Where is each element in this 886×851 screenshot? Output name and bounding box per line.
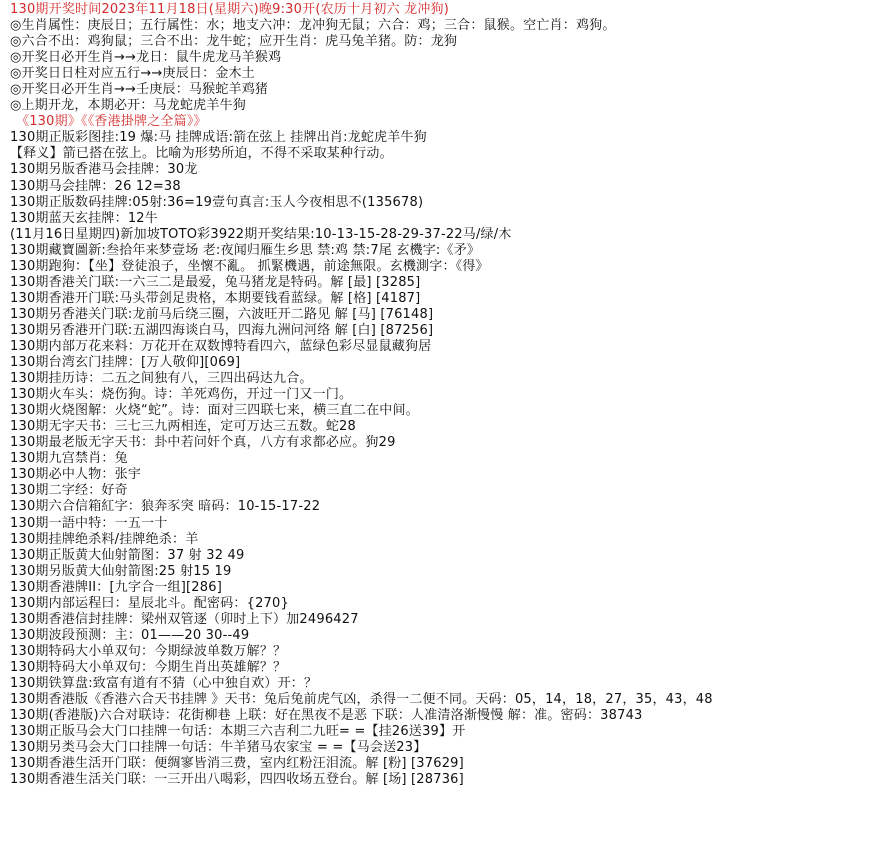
entry-line: 130期六合信箱紅字：狼奔豕突 暗码：10-15-17-22 xyxy=(10,499,886,515)
entry-line: 130期香港版《香港六合天书挂牌 》天书：兔后兔前虎气凶，杀得一二便不同。天码：… xyxy=(10,692,886,708)
section-title: 《130期》《《香港掛牌之全篇》》 xyxy=(10,114,886,130)
entry-line: 130期香港开门联:马头带剑足贵格，本期要钱看蓝绿。解 [格] [4187] xyxy=(10,291,886,307)
entry-line: 130期正版黄大仙射箭图：37 射 32 49 xyxy=(10,548,886,564)
entry-line: 130期马会挂牌：26 12=38 xyxy=(10,179,886,195)
entry-line: 130期(香港版)六合对联诗：花街柳巷 上联：好在黑夜不是恶 下联：人准清洛渐慢… xyxy=(10,708,886,724)
entry-line: 130期另版香港马会挂牌：30龙 xyxy=(10,162,886,178)
entry-line: 130期无字天书：三七三九两相连，定可万达三五数。蛇28 xyxy=(10,419,886,435)
entry-line: 130期香港关门联:一六三二是最爱，兔马猪龙是特码。解 [最] [3285] xyxy=(10,275,886,291)
entry-line: 130期台湾玄门挂牌：[万人敬仰][069] xyxy=(10,355,886,371)
entry-line: 130期香港牌II：[九字合一组][286] xyxy=(10,580,886,596)
attribute-line-zodiac: ◎生肖属性：庚辰日；五行属性：水；地支六冲：龙冲狗无鼠；六合：鸡；三合：鼠猴。空… xyxy=(10,18,886,34)
attribute-line-five-elements: ◎开奖日日柱对应五行→→庚辰日：金木土 xyxy=(10,66,886,82)
attribute-line-must-open: ◎开奖日必开生肖→→龙日：鼠牛虎龙马羊猴鸡 xyxy=(10,50,886,66)
entry-line: 130期必中人物：张宇 xyxy=(10,467,886,483)
entry-line: 130期特码大小单双句：今期绿波单数万解？？ xyxy=(10,644,886,660)
document: 130期开奖时间2023年11月18日(星期六)晚9:30开(农历十月初六 龙冲… xyxy=(0,0,886,788)
entry-line: 130期火车头：烧伤狗。诗：羊死鸡伤，开过一门又一门。 xyxy=(10,387,886,403)
entry-line: 130期蓝天玄挂牌：12牛 xyxy=(10,211,886,227)
entry-line: 【释义】箭已搭在弦上。比喻为形势所迫，不得不采取某种行动。 xyxy=(10,146,886,162)
entry-line: 130期一語中特：一五一十 xyxy=(10,516,886,532)
entry-line: 130期藏寶圖新:叁拾年来梦壹场 老:夜闻归雁生乡思 禁:鸡 禁:7尾 玄機字:… xyxy=(10,243,886,259)
attribute-line-must-open-2: ◎开奖日必开生肖→→壬庚辰：马猴蛇羊鸡猪 xyxy=(10,82,886,98)
attribute-line-last-draw: ◎上期开龙，本期必开：马龙蛇虎羊牛狗 xyxy=(10,98,886,114)
attribute-line-exclusions: ◎六合不出：鸡狗鼠；三合不出：龙牛蛇；应开生肖：虎马兔羊猪。防：龙狗 xyxy=(10,34,886,50)
entry-line: 130期正版数码挂牌:05射:36=19壹句真言:玉人今夜相思不(135678) xyxy=(10,195,886,211)
entry-line: 130期正版马会大门口挂牌一句话：本期三六吉利二九旺= =【挂26送39】开 xyxy=(10,724,886,740)
entry-line: 130期挂牌绝杀料/挂牌绝杀：羊 xyxy=(10,532,886,548)
entry-line: 130期内部万花来料：万花开在双数博特看四六，蓝绿色彩尽显鼠藏狗居 xyxy=(10,339,886,355)
entry-line: 130期最老版无字天书：卦中若问奸个真，八方有求都必应。狗29 xyxy=(10,435,886,451)
entry-line: 130期二字经：好奇 xyxy=(10,483,886,499)
entry-line: 130期九宫禁肖：兔 xyxy=(10,451,886,467)
entry-line: 130期正版彩图挂:19 爆:马 挂牌成语:箭在弦上 挂牌出肖:龙蛇虎羊牛狗 xyxy=(10,130,886,146)
entry-line: 130期香港生活关门联：一三开出八喝彩，四四收场五登台。解 [场] [28736… xyxy=(10,772,886,788)
entry-line: 130期铁算盘:致富有道有不猜（心中独自欢）开：？ xyxy=(10,676,886,692)
entry-line: 130期香港生活开门联：便绸寥皆消三费，室内红粉汪泪流。解 [粉] [37629… xyxy=(10,756,886,772)
entry-line: 130期特码大小单双句：今期生肖出英雄解？？ xyxy=(10,660,886,676)
entry-line: 130期内部运程曰：星辰北斗。配密码：{270} xyxy=(10,596,886,612)
entry-line: 130期跑狗：【坐】登徒浪子，坐懷不亂。 抓緊機遇，前途無限。玄機測字：《得》 xyxy=(10,259,886,275)
entry-line: 130期另香港关门联:龙前马后绕三圈，六波旺开二路见 解 [马] [76148] xyxy=(10,307,886,323)
entry-line: 130期香港信封挂牌：梁州双管逐（卯时上下）加2496427 xyxy=(10,612,886,628)
entry-line: 130期挂历诗：二五之间独有八，三四出码达九合。 xyxy=(10,371,886,387)
entry-line: 130期另版黄大仙射箭图:25 射15 19 xyxy=(10,564,886,580)
entry-line: 130期火烧图解：火烧“蛇”。诗：面对三四联七来，横三直二在中间。 xyxy=(10,403,886,419)
entry-line: (11月16日星期四)新加坡TOTO彩3922期开奖结果:10-13-15-28… xyxy=(10,227,886,243)
entry-line: 130期另香港开门联:五湖四海谈白马，四海九洲问河络 解 [白] [87256] xyxy=(10,323,886,339)
entry-line: 130期波段预测：主：01——20 30--49 xyxy=(10,628,886,644)
draw-time-title: 130期开奖时间2023年11月18日(星期六)晚9:30开(农历十月初六 龙冲… xyxy=(10,2,886,18)
entry-line: 130期另类马会大门口挂牌一句话：牛羊猪马农家宝 = =【马会送23】 xyxy=(10,740,886,756)
